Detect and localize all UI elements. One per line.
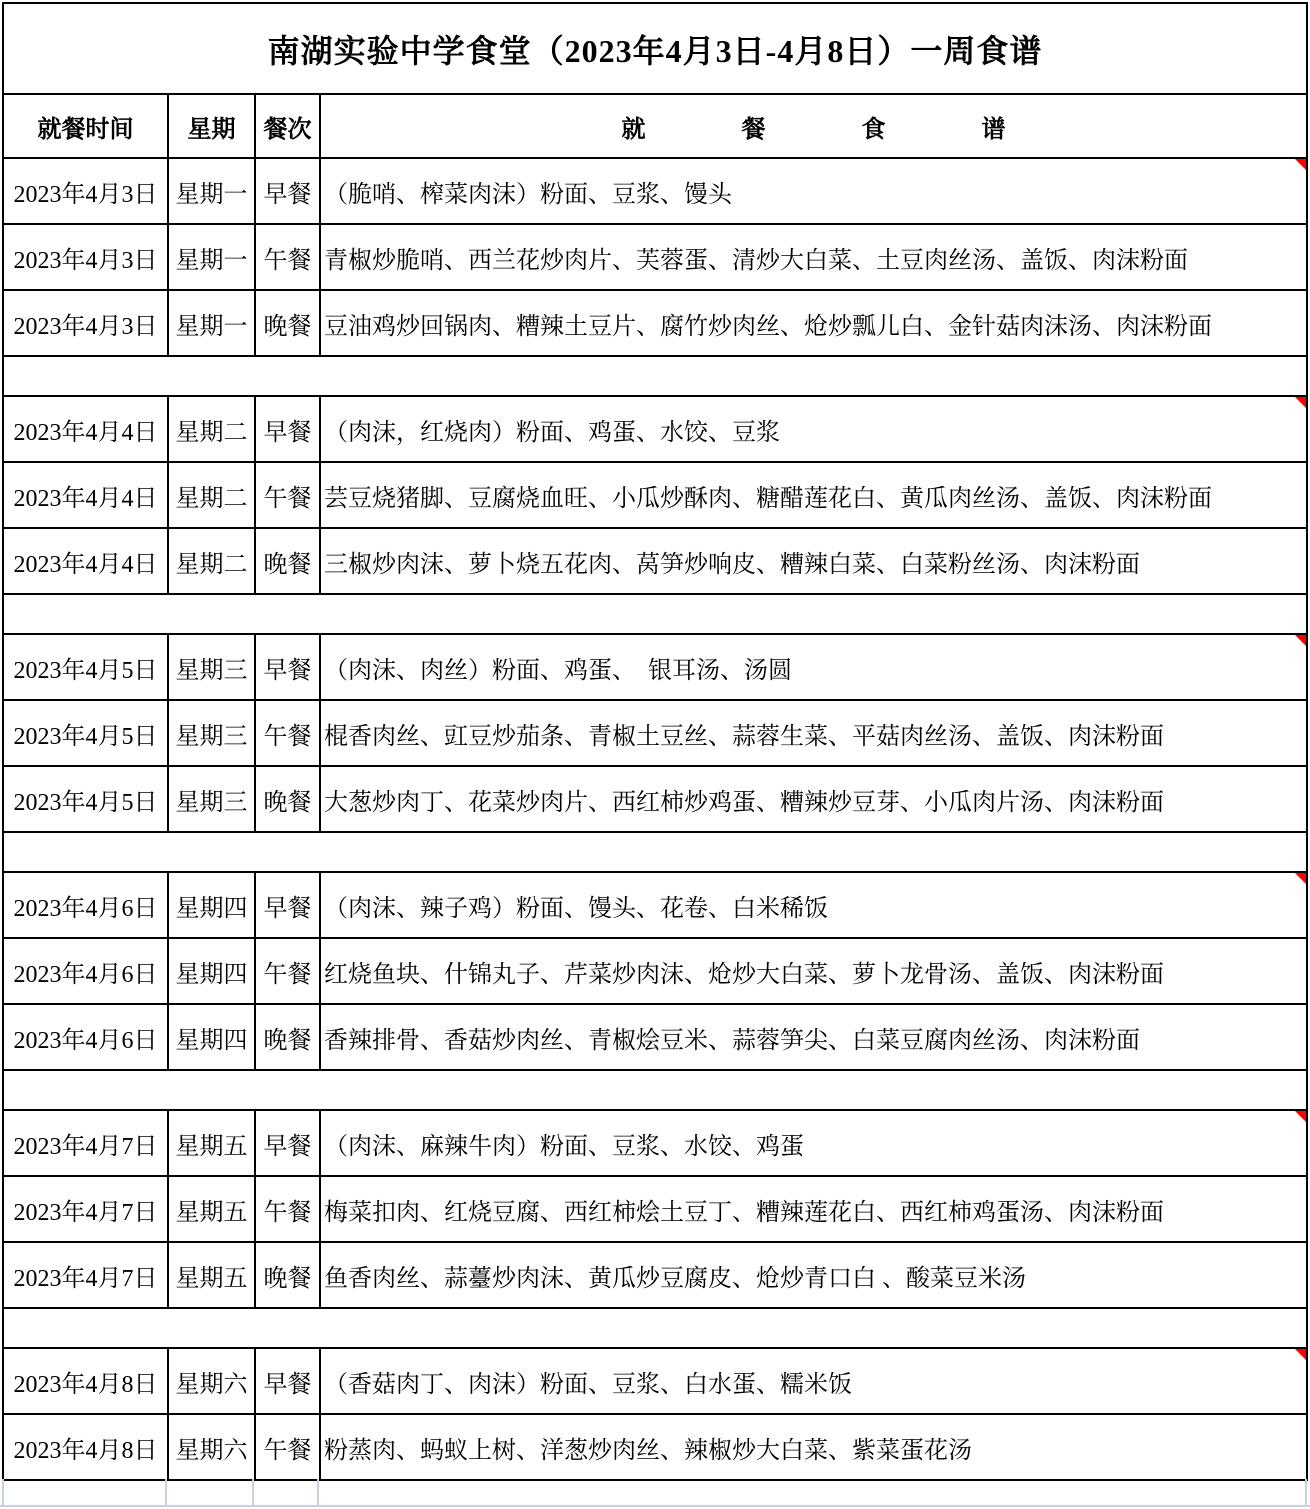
separator-row: [4, 1307, 1306, 1347]
menu-text: （脆哨、榨菜肉沫）粉面、豆浆、馒头: [324, 174, 732, 209]
table-body: 2023年4月3日 星期一 早餐 （脆哨、榨菜肉沫）粉面、豆浆、馒头 2023年…: [4, 157, 1306, 1479]
date-cell: 2023年4月4日: [4, 397, 169, 461]
date-cell: 2023年4月8日: [4, 1349, 169, 1413]
date-cell: 2023年4月6日: [4, 873, 169, 937]
menu-text: 大葱炒肉丁、花菜炒肉片、西红柿炒鸡蛋、糟辣炒豆芽、小瓜肉片汤、肉沫粉面: [324, 782, 1164, 817]
separator-row: [4, 831, 1306, 871]
menu-text: （香菇肉丁、肉沫）粉面、豆浆、白水蛋、糯米饭: [324, 1364, 852, 1399]
menu-text: 芸豆烧猪脚、豆腐烧血旺、小瓜炒酥肉、糖醋莲花白、黄瓜肉丝汤、盖饭、肉沫粉面: [324, 478, 1212, 513]
menu-row: 2023年4月5日 星期三 早餐 （肉沫、肉丝）粉面、鸡蛋、 银耳汤、汤圆: [4, 633, 1306, 699]
meal-cell: 午餐: [256, 463, 321, 527]
date-cell: 2023年4月7日: [4, 1111, 169, 1175]
separator-row: [4, 355, 1306, 395]
menu-cell: 香辣排骨、香菇炒肉丝、青椒烩豆米、蒜蓉笋尖、白菜豆腐肉丝汤、肉沫粉面: [321, 1005, 1306, 1069]
menu-row: 2023年4月7日 星期五 午餐 梅菜扣肉、红烧豆腐、西红柿烩土豆丁、糟辣莲花白…: [4, 1175, 1306, 1241]
gridline-vertical: [252, 1479, 254, 1505]
weekday-cell: 星期二: [169, 463, 256, 527]
menu-text: 梅菜扣肉、红烧豆腐、西红柿烩土豆丁、糟辣莲花白、西红柿鸡蛋汤、肉沫粉面: [324, 1192, 1164, 1227]
menu-cell: （香菇肉丁、肉沫）粉面、豆浆、白水蛋、糯米饭: [321, 1349, 1306, 1413]
meal-cell: 午餐: [256, 1415, 321, 1479]
gridline-vertical: [317, 1479, 319, 1505]
title-row: 南湖实验中学食堂（2023年4月3日-4月8日）一周食谱: [4, 4, 1306, 93]
comment-marker-icon: [1295, 635, 1306, 646]
date-cell: 2023年4月7日: [4, 1243, 169, 1307]
date-cell: 2023年4月5日: [4, 701, 169, 765]
weekday-cell: 星期六: [169, 1349, 256, 1413]
weekday-cell: 星期四: [169, 873, 256, 937]
weekday-cell: 星期一: [169, 291, 256, 355]
menu-cell: 红烧鱼块、什锦丸子、芹菜炒肉沫、炝炒大白菜、萝卜龙骨汤、盖饭、肉沫粉面: [321, 939, 1306, 1003]
menu-table: 南湖实验中学食堂（2023年4月3日-4月8日）一周食谱 就餐时间 星期 餐次 …: [2, 2, 1308, 1481]
weekday-cell: 星期一: [169, 159, 256, 223]
weekday-cell: 星期二: [169, 529, 256, 593]
header-weekday: 星期: [169, 95, 256, 157]
meal-cell: 早餐: [256, 1349, 321, 1413]
meal-cell: 晚餐: [256, 1005, 321, 1069]
menu-cell: 粉蒸肉、蚂蚁上树、洋葱炒肉丝、辣椒炒大白菜、紫菜蛋花汤: [321, 1415, 1306, 1479]
menu-text: （肉沫、辣子鸡）粉面、馒头、花卷、白米稀饭: [324, 888, 828, 923]
date-cell: 2023年4月4日: [4, 463, 169, 527]
menu-text: 鱼香肉丝、蒜薹炒肉沫、黄瓜炒豆腐皮、炝炒青口白 、酸菜豆米汤: [324, 1258, 1026, 1293]
gridline-horizontal: [0, 1505, 1310, 1507]
weekday-cell: 星期三: [169, 701, 256, 765]
menu-cell: 芸豆烧猪脚、豆腐烧血旺、小瓜炒酥肉、糖醋莲花白、黄瓜肉丝汤、盖饭、肉沫粉面: [321, 463, 1306, 527]
weekday-cell: 星期二: [169, 397, 256, 461]
menu-row: 2023年4月4日 星期二 午餐 芸豆烧猪脚、豆腐烧血旺、小瓜炒酥肉、糖醋莲花白…: [4, 461, 1306, 527]
menu-row: 2023年4月6日 星期四 早餐 （肉沫、辣子鸡）粉面、馒头、花卷、白米稀饭: [4, 871, 1306, 937]
menu-text: 粉蒸肉、蚂蚁上树、洋葱炒肉丝、辣椒炒大白菜、紫菜蛋花汤: [324, 1430, 972, 1465]
date-cell: 2023年4月6日: [4, 1005, 169, 1069]
date-cell: 2023年4月6日: [4, 939, 169, 1003]
meal-cell: 晚餐: [256, 1243, 321, 1307]
date-cell: 2023年4月3日: [4, 225, 169, 289]
menu-row: 2023年4月7日 星期五 早餐 （肉沫、麻辣牛肉）粉面、豆浆、水饺、鸡蛋: [4, 1109, 1306, 1175]
weekday-cell: 星期三: [169, 767, 256, 831]
menu-row: 2023年4月5日 星期三 晚餐 大葱炒肉丁、花菜炒肉片、西红柿炒鸡蛋、糟辣炒豆…: [4, 765, 1306, 831]
meal-cell: 早餐: [256, 1111, 321, 1175]
menu-cell: （肉沫、辣子鸡）粉面、馒头、花卷、白米稀饭: [321, 873, 1306, 937]
header-menu: 就 餐 食 谱: [321, 95, 1306, 157]
menu-row: 2023年4月6日 星期四 晚餐 香辣排骨、香菇炒肉丝、青椒烩豆米、蒜蓉笋尖、白…: [4, 1003, 1306, 1069]
weekday-cell: 星期三: [169, 635, 256, 699]
date-cell: 2023年4月5日: [4, 635, 169, 699]
weekday-cell: 星期五: [169, 1111, 256, 1175]
date-cell: 2023年4月7日: [4, 1177, 169, 1241]
partial-bottom-row: [0, 1479, 1310, 1509]
menu-text: 青椒炒脆哨、西兰花炒肉片、芙蓉蛋、清炒大白菜、土豆肉丝汤、盖饭、肉沫粉面: [324, 240, 1188, 275]
menu-cell: （脆哨、榨菜肉沫）粉面、豆浆、馒头: [321, 159, 1306, 223]
meal-cell: 早餐: [256, 635, 321, 699]
comment-marker-icon: [1295, 873, 1306, 884]
menu-text: 红烧鱼块、什锦丸子、芹菜炒肉沫、炝炒大白菜、萝卜龙骨汤、盖饭、肉沫粉面: [324, 954, 1164, 989]
date-cell: 2023年4月3日: [4, 291, 169, 355]
meal-cell: 晚餐: [256, 767, 321, 831]
menu-cell: 棍香肉丝、豇豆炒茄条、青椒土豆丝、蒜蓉生菜、平菇肉丝汤、盖饭、肉沫粉面: [321, 701, 1306, 765]
meal-cell: 午餐: [256, 939, 321, 1003]
date-cell: 2023年4月4日: [4, 529, 169, 593]
gridline-vertical: [165, 1479, 167, 1505]
meal-cell: 午餐: [256, 1177, 321, 1241]
menu-row: 2023年4月3日 星期一 午餐 青椒炒脆哨、西兰花炒肉片、芙蓉蛋、清炒大白菜、…: [4, 223, 1306, 289]
menu-row: 2023年4月8日 星期六 午餐 粉蒸肉、蚂蚁上树、洋葱炒肉丝、辣椒炒大白菜、紫…: [4, 1413, 1306, 1479]
menu-text: 棍香肉丝、豇豆炒茄条、青椒土豆丝、蒜蓉生菜、平菇肉丝汤、盖饭、肉沫粉面: [324, 716, 1164, 751]
weekday-cell: 星期四: [169, 1005, 256, 1069]
menu-row: 2023年4月4日 星期二 晚餐 三椒炒肉沫、萝卜烧五花肉、莴笋炒响皮、糟辣白菜…: [4, 527, 1306, 593]
header-dining-time: 就餐时间: [4, 95, 169, 157]
comment-marker-icon: [1295, 1349, 1306, 1360]
menu-row: 2023年4月4日 星期二 早餐 （肉沫，红烧肉）粉面、鸡蛋、水饺、豆浆: [4, 395, 1306, 461]
header-meal: 餐次: [256, 95, 321, 157]
weekday-cell: 星期六: [169, 1415, 256, 1479]
menu-row: 2023年4月3日 星期一 早餐 （脆哨、榨菜肉沫）粉面、豆浆、馒头: [4, 157, 1306, 223]
meal-cell: 早餐: [256, 397, 321, 461]
weekday-cell: 星期一: [169, 225, 256, 289]
meal-cell: 晚餐: [256, 529, 321, 593]
comment-marker-icon: [1295, 1111, 1306, 1122]
separator-row: [4, 1069, 1306, 1109]
menu-cell: 鱼香肉丝、蒜薹炒肉沫、黄瓜炒豆腐皮、炝炒青口白 、酸菜豆米汤: [321, 1243, 1306, 1307]
menu-row: 2023年4月3日 星期一 晚餐 豆油鸡炒回锅肉、糟辣土豆片、腐竹炒肉丝、炝炒瓢…: [4, 289, 1306, 355]
meal-cell: 晚餐: [256, 291, 321, 355]
menu-text: （肉沫、麻辣牛肉）粉面、豆浆、水饺、鸡蛋: [324, 1126, 804, 1161]
menu-row: 2023年4月7日 星期五 晚餐 鱼香肉丝、蒜薹炒肉沫、黄瓜炒豆腐皮、炝炒青口白…: [4, 1241, 1306, 1307]
meal-cell: 午餐: [256, 225, 321, 289]
menu-cell: 三椒炒肉沫、萝卜烧五花肉、莴笋炒响皮、糟辣白菜、白菜粉丝汤、肉沫粉面: [321, 529, 1306, 593]
menu-text: 豆油鸡炒回锅肉、糟辣土豆片、腐竹炒肉丝、炝炒瓢儿白、金针菇肉沫汤、肉沫粉面: [324, 306, 1212, 341]
weekday-cell: 星期五: [169, 1243, 256, 1307]
weekday-cell: 星期五: [169, 1177, 256, 1241]
meal-cell: 早餐: [256, 873, 321, 937]
menu-cell: 豆油鸡炒回锅肉、糟辣土豆片、腐竹炒肉丝、炝炒瓢儿白、金针菇肉沫汤、肉沫粉面: [321, 291, 1306, 355]
weekday-cell: 星期四: [169, 939, 256, 1003]
menu-cell: 青椒炒脆哨、西兰花炒肉片、芙蓉蛋、清炒大白菜、土豆肉丝汤、盖饭、肉沫粉面: [321, 225, 1306, 289]
menu-cell: （肉沫，红烧肉）粉面、鸡蛋、水饺、豆浆: [321, 397, 1306, 461]
comment-marker-icon: [1295, 159, 1306, 170]
menu-cell: 大葱炒肉丁、花菜炒肉片、西红柿炒鸡蛋、糟辣炒豆芽、小瓜肉片汤、肉沫粉面: [321, 767, 1306, 831]
page-title: 南湖实验中学食堂（2023年4月3日-4月8日）一周食谱: [268, 26, 1043, 72]
separator-row: [4, 593, 1306, 633]
gridline-vertical: [2, 1479, 4, 1505]
menu-text: （肉沫，红烧肉）粉面、鸡蛋、水饺、豆浆: [324, 412, 780, 447]
menu-text: 三椒炒肉沫、萝卜烧五花肉、莴笋炒响皮、糟辣白菜、白菜粉丝汤、肉沫粉面: [324, 544, 1140, 579]
menu-text: 香辣排骨、香菇炒肉丝、青椒烩豆米、蒜蓉笋尖、白菜豆腐肉丝汤、肉沫粉面: [324, 1020, 1140, 1055]
menu-text: （肉沫、肉丝）粉面、鸡蛋、 银耳汤、汤圆: [324, 650, 792, 685]
menu-cell: （肉沫、肉丝）粉面、鸡蛋、 银耳汤、汤圆: [321, 635, 1306, 699]
gridline-vertical: [1305, 1479, 1307, 1505]
meal-cell: 早餐: [256, 159, 321, 223]
comment-marker-icon: [1295, 397, 1306, 408]
date-cell: 2023年4月8日: [4, 1415, 169, 1479]
table-header-row: 就餐时间 星期 餐次 就 餐 食 谱: [4, 93, 1306, 157]
menu-cell: （肉沫、麻辣牛肉）粉面、豆浆、水饺、鸡蛋: [321, 1111, 1306, 1175]
date-cell: 2023年4月3日: [4, 159, 169, 223]
menu-row: 2023年4月5日 星期三 午餐 棍香肉丝、豇豆炒茄条、青椒土豆丝、蒜蓉生菜、平…: [4, 699, 1306, 765]
menu-row: 2023年4月8日 星期六 早餐 （香菇肉丁、肉沫）粉面、豆浆、白水蛋、糯米饭: [4, 1347, 1306, 1413]
menu-row: 2023年4月6日 星期四 午餐 红烧鱼块、什锦丸子、芹菜炒肉沫、炝炒大白菜、萝…: [4, 937, 1306, 1003]
meal-cell: 午餐: [256, 701, 321, 765]
weekly-menu-sheet: 南湖实验中学食堂（2023年4月3日-4月8日）一周食谱 就餐时间 星期 餐次 …: [0, 0, 1310, 1509]
date-cell: 2023年4月5日: [4, 767, 169, 831]
menu-cell: 梅菜扣肉、红烧豆腐、西红柿烩土豆丁、糟辣莲花白、西红柿鸡蛋汤、肉沫粉面: [321, 1177, 1306, 1241]
